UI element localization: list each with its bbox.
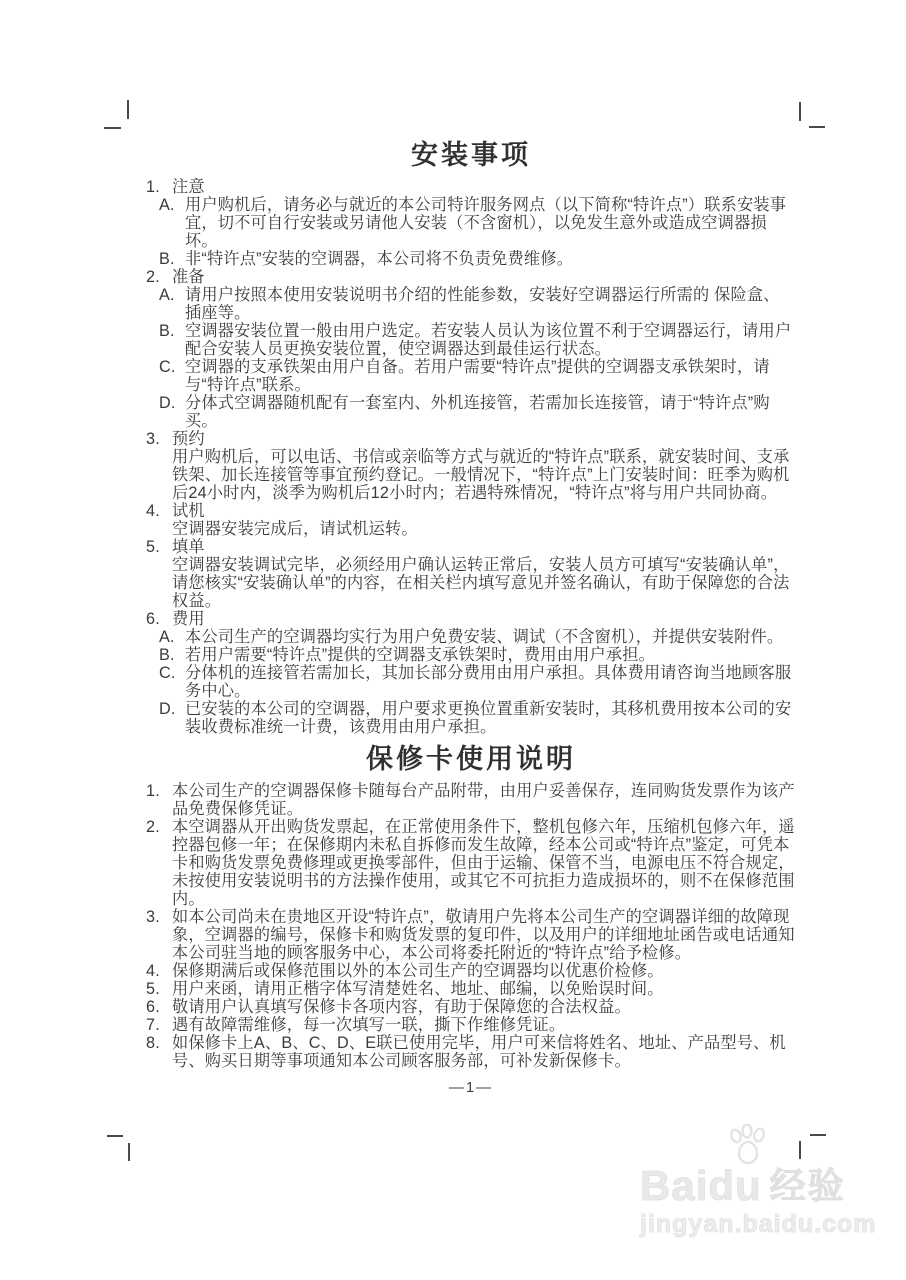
list-item-text: 已安装的本公司的空调器，用户要求更换位置重新安装时，其移机费用按本公司的安装收费… — [185, 700, 796, 736]
list-item-text: 本空调器从开出购货发票起，在正常使用条件下，整机包修六年，压缩机包修六年，遥控器… — [172, 818, 796, 908]
section-heading-row: 2. 准备 — [146, 268, 796, 286]
list-item-marker: 1. — [146, 782, 172, 800]
section-number: 3. — [146, 430, 172, 448]
list-item-marker: 3. — [146, 908, 172, 926]
list-item-text: 分体机的连接管若需加长，其加长部分费用由用户承担。具体费用请咨询当地顾客服务中心… — [185, 664, 796, 700]
list-item: A. 本公司生产的空调器均实行为用户免费安装、调试（不含窗机），并提供安装附件。 — [159, 628, 796, 646]
section-heading: 注意 — [172, 178, 796, 196]
list-item-marker: 7. — [146, 1016, 172, 1034]
list-item: 3. 如本公司尚未在贵地区开设“特许点”，敬请用户先将本公司生产的空调器详细的故… — [146, 908, 796, 962]
section-heading: 填单 — [172, 538, 796, 556]
baidu-logo-text: Bai — [640, 1164, 708, 1208]
baidu-paw-icon — [726, 1124, 772, 1169]
list-item-text: 空调器的支承铁架由用户自备。若用户需要“特许点”提供的空调器支承铁架时，请与“特… — [185, 358, 796, 394]
warranty-section-title: 保修卡使用说明 — [146, 744, 796, 774]
list-item-marker: 2. — [146, 818, 172, 836]
list-item: C. 分体机的连接管若需加长，其加长部分费用由用户承担。具体费用请咨询当地顾客服… — [159, 664, 796, 700]
section-heading: 预约 — [172, 430, 796, 448]
baidu-jingyan-watermark: Baidu 经验 jingyan.baidu.com — [640, 1164, 880, 1238]
list-item: 2. 本空调器从开出购货发票起，在正常使用条件下，整机包修六年，压缩机包修六年，… — [146, 818, 796, 908]
list-item: 8. 如保修卡上A、B、C、D、E联已使用完毕，用户可来信将姓名、地址、产品型号… — [146, 1034, 796, 1070]
list-item-marker: B. — [159, 646, 185, 664]
section-heading: 费用 — [172, 610, 796, 628]
section-heading-row: 4. 试机 — [146, 502, 796, 520]
list-item-text: 如本公司尚未在贵地区开设“特许点”，敬请用户先将本公司生产的空调器详细的故障现象… — [172, 908, 796, 962]
list-item-marker: 6. — [146, 998, 172, 1016]
list-item-marker: A. — [159, 286, 185, 304]
list-item-text: 请用户按照本使用安装说明书介绍的性能参数，安装好空调器运行所需的 保险盒、插座等… — [185, 286, 796, 322]
list-item: C. 空调器的支承铁架由用户自备。若用户需要“特许点”提供的空调器支承铁架时，请… — [159, 358, 796, 394]
crop-mark-bottom-left-vertical — [128, 1143, 130, 1161]
list-item-text: 若用户需要“特许点”提供的空调器支承铁架时，费用由用户承担。 — [185, 646, 796, 664]
section-number: 5. — [146, 538, 172, 556]
list-item: 6. 敬请用户认真填写保修卡各项内容，有助于保障您的合法权益。 — [146, 998, 796, 1016]
crop-mark-bottom-right-vertical — [799, 1141, 801, 1159]
list-item-text: 本公司生产的空调器保修卡随每台产品附带，由用户妥善保存，连同购货发票作为该产品免… — [172, 782, 796, 818]
list-item-text: 保修期满后或保修范围以外的本公司生产的空调器均以优惠价检修。 — [172, 962, 796, 980]
list-item-marker: B. — [159, 322, 185, 340]
list-item-text: 空调器安装位置一般由用户选定。若安装人员认为该位置不利于空调器运行，请用户配合安… — [185, 322, 796, 358]
baidu-jingyan-logo: Baidu 经验 — [640, 1164, 880, 1208]
section-paragraph: 空调器安装调试完毕，必须经用户确认运转正常后，安装人员方可填写“安装确认单”，请… — [172, 556, 796, 610]
list-item: 7. 遇有故障需维修，每一次填写一联，撕下作维修凭证。 — [146, 1016, 796, 1034]
list-item-marker: 8. — [146, 1034, 172, 1052]
list-item-text: 用户来函，请用正楷字体写清楚姓名、地址、邮编，以免贻误时间。 — [172, 980, 796, 998]
list-item-text: 非“特许点”安装的空调器，本公司将不负责免费维修。 — [185, 250, 796, 268]
list-item-marker: A. — [159, 628, 185, 646]
baidu-logo-text-du: du — [708, 1162, 761, 1209]
section-number: 4. — [146, 502, 172, 520]
section-number: 2. — [146, 268, 172, 286]
section-paragraph: 空调器安装完成后，请试机运转。 — [172, 520, 796, 538]
list-item: B. 空调器安装位置一般由用户选定。若安装人员认为该位置不利于空调器运行，请用户… — [159, 322, 796, 358]
list-item-text: 如保修卡上A、B、C、D、E联已使用完毕，用户可来信将姓名、地址、产品型号、机号… — [172, 1034, 796, 1070]
manual-page: 安装事项 1. 注意 A. 用户购机后，请务必与就近的本公司特许服务网点（以下简… — [0, 0, 906, 1280]
section-paragraph: 用户购机后，可以电话、书信或亲临等方式与就近的“特许点”联系，就安装时间、支承铁… — [172, 448, 796, 502]
section-heading-row: 5. 填单 — [146, 538, 796, 556]
install-section-title: 安装事项 — [146, 140, 796, 170]
list-item-marker: C. — [159, 358, 185, 376]
list-item-marker: B. — [159, 250, 185, 268]
section-heading-row: 6. 费用 — [146, 610, 796, 628]
list-item: 5. 用户来函，请用正楷字体写清楚姓名、地址、邮编，以免贻误时间。 — [146, 980, 796, 998]
list-item-marker: 5. — [146, 980, 172, 998]
list-item-marker: 4. — [146, 962, 172, 980]
section-number: 6. — [146, 610, 172, 628]
crop-mark-top-right-horizontal — [809, 126, 825, 128]
list-item: A. 用户购机后，请务必与就近的本公司特许服务网点（以下简称“特许点”）联系安装… — [159, 196, 796, 250]
list-item-marker: C. — [159, 664, 185, 682]
section-heading: 试机 — [172, 502, 796, 520]
list-item: D. 分体式空调器随机配有一套室内、外机连接管，若需加长连接管，请于“特许点”购… — [159, 394, 796, 430]
list-item-text: 本公司生产的空调器均实行为用户免费安装、调试（不含窗机），并提供安装附件。 — [185, 628, 796, 646]
watermark-url: jingyan.baidu.com — [640, 1210, 880, 1238]
section-heading-row: 3. 预约 — [146, 430, 796, 448]
section-heading-row: 1. 注意 — [146, 178, 796, 196]
list-item-text: 用户购机后，请务必与就近的本公司特许服务网点（以下简称“特许点”）联系安装事宜，… — [185, 196, 796, 250]
crop-mark-top-left-horizontal — [104, 127, 121, 129]
crop-mark-top-left-vertical — [127, 100, 129, 119]
jingyan-cn-text: 经验 — [770, 1164, 846, 1208]
page-number: —1— — [146, 1079, 796, 1097]
list-item-text: 遇有故障需维修，每一次填写一联，撕下作维修凭证。 — [172, 1016, 796, 1034]
list-item-marker: A. — [159, 196, 185, 214]
list-item-text: 分体式空调器随机配有一套室内、外机连接管，若需加长连接管，请于“特许点”购买。 — [185, 394, 796, 430]
list-item: B. 若用户需要“特许点”提供的空调器支承铁架时，费用由用户承担。 — [159, 646, 796, 664]
list-item-marker: D. — [159, 700, 185, 718]
section-heading: 准备 — [172, 268, 796, 286]
list-item-marker: D. — [159, 394, 185, 412]
section-number: 1. — [146, 178, 172, 196]
crop-mark-bottom-right-horizontal — [810, 1134, 826, 1136]
crop-mark-top-right-vertical — [799, 102, 801, 121]
list-item: B. 非“特许点”安装的空调器，本公司将不负责免费维修。 — [159, 250, 796, 268]
list-item-text: 敬请用户认真填写保修卡各项内容，有助于保障您的合法权益。 — [172, 998, 796, 1016]
document-body: 安装事项 1. 注意 A. 用户购机后，请务必与就近的本公司特许服务网点（以下简… — [146, 140, 796, 1097]
list-item: D. 已安装的本公司的空调器，用户要求更换位置重新安装时，其移机费用按本公司的安… — [159, 700, 796, 736]
list-item: 4. 保修期满后或保修范围以外的本公司生产的空调器均以优惠价检修。 — [146, 962, 796, 980]
list-item: 1. 本公司生产的空调器保修卡随每台产品附带，由用户妥善保存，连同购货发票作为该… — [146, 782, 796, 818]
crop-mark-bottom-left-horizontal — [107, 1135, 123, 1137]
list-item: A. 请用户按照本使用安装说明书介绍的性能参数，安装好空调器运行所需的 保险盒、… — [159, 286, 796, 322]
